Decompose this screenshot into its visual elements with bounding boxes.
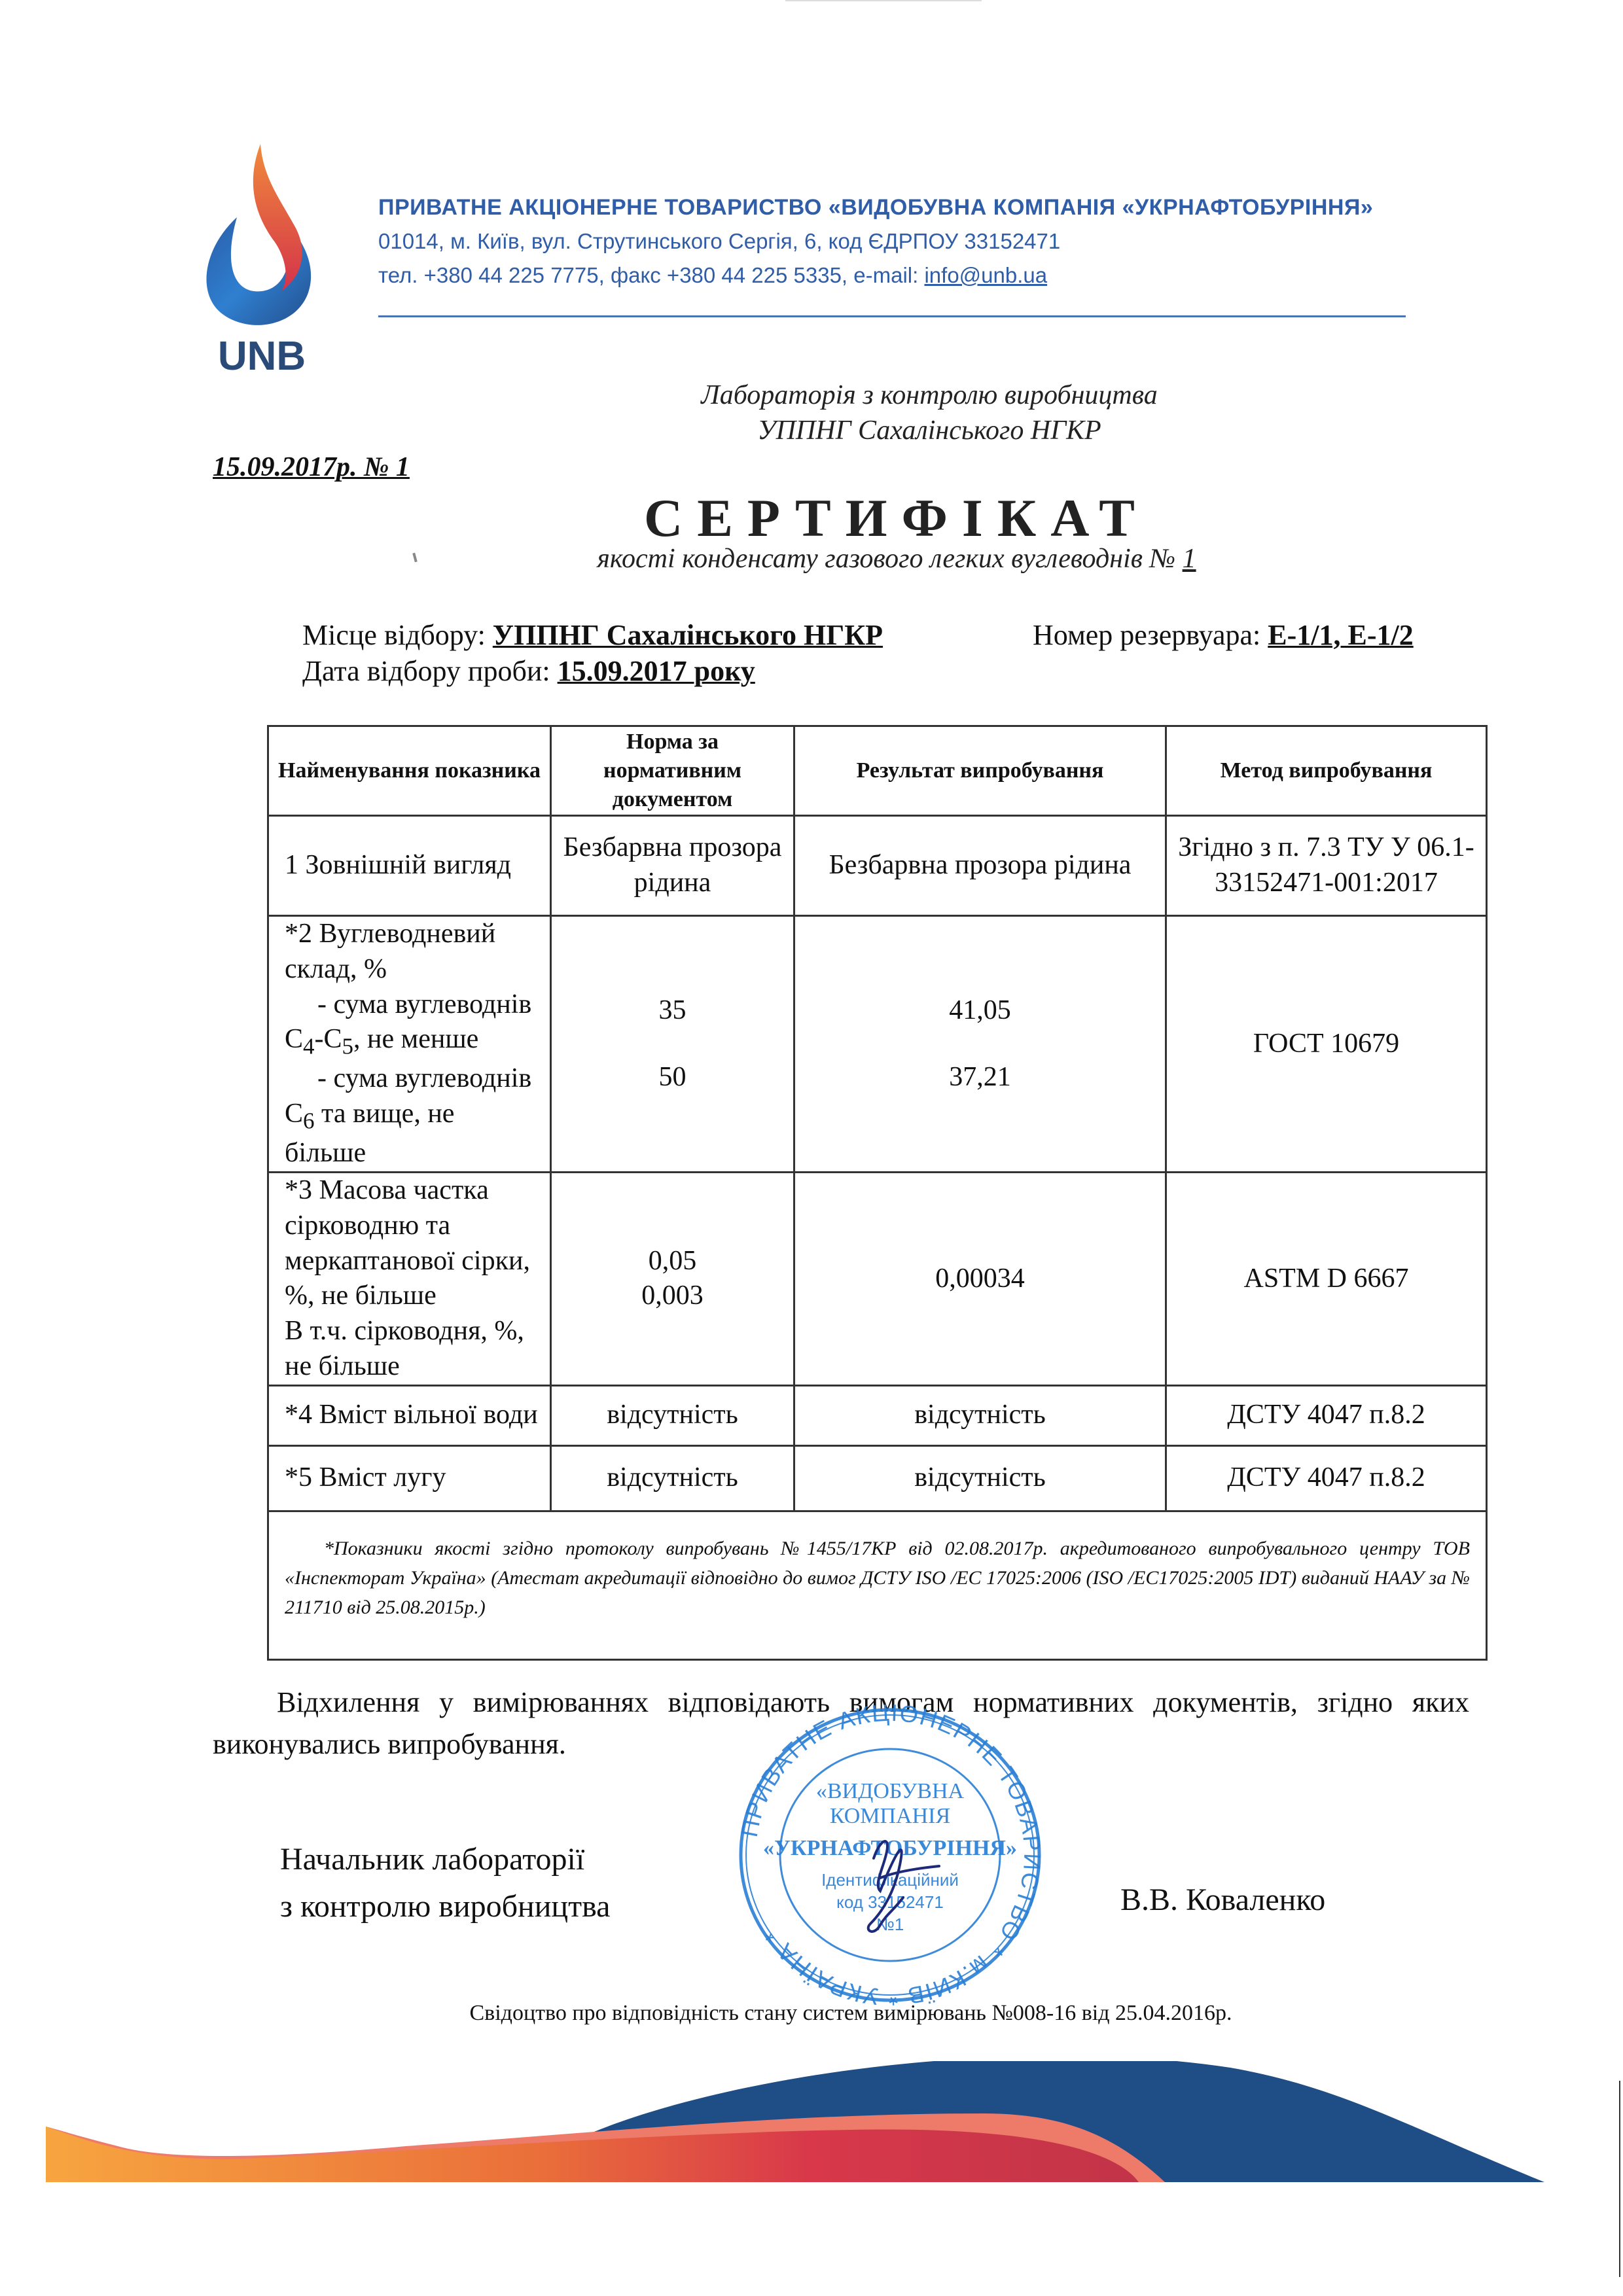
norm-cell: 0,05 0,003 (551, 1173, 794, 1386)
unb-logo-icon: UNB (190, 131, 334, 380)
tank-number-label: Номер резервуара: (1033, 619, 1268, 651)
svg-text:Ідентифікаційний: Ідентифікаційний (821, 1870, 959, 1890)
laboratory-name: Лабораторія з контролю виробництва (0, 380, 1623, 411)
signatory-name: В.В. Коваленко (1120, 1882, 1325, 1918)
sampling-date-label: Дата відбору проби: (302, 655, 558, 687)
contacts-text: тел. +380 44 225 7775, факс +380 44 225 … (378, 263, 924, 287)
certificate-subtitle: якості конденсату газового легких вуглев… (0, 543, 1623, 574)
document-date-number: 15.09.2017р. № 1 (213, 451, 410, 483)
result-value: 37,21 (803, 1060, 1157, 1095)
indicator-subitem: - сума вуглеводнів (285, 1061, 542, 1097)
subtitle-number: 1 (1183, 544, 1196, 574)
indicator-subitem: В т.ч. сірководня, %, не більше (285, 1314, 542, 1385)
subtitle-text: якості конденсату газового легких вуглев… (597, 544, 1182, 574)
norm-value: 35 (560, 993, 785, 1029)
norm-cell: відсутність (551, 1445, 794, 1511)
decorative-wave-banner (0, 2061, 1623, 2192)
result-cell: 0,00034 (794, 1173, 1166, 1386)
indicator-cell: *3 Масова частка сірководню та меркаптан… (268, 1173, 551, 1386)
header-result: Результат випробування (794, 726, 1166, 816)
result-value: 41,05 (803, 993, 1157, 1029)
sampling-place: Місце відбору: УППНГ Сахалінського НГКР (302, 618, 883, 652)
header-norm: Норма за нормативним документом (551, 726, 794, 816)
result-cell: відсутність (794, 1385, 1166, 1445)
table-row: 1 Зовнішній вигляд Безбарвна прозора рід… (268, 816, 1487, 916)
sampling-place-label: Місце відбору: (302, 619, 493, 651)
notes-text: *Показники якості згідно протоколу випро… (285, 1538, 1470, 1618)
norm-value: 50 (560, 1060, 785, 1095)
indicator-name: *3 Масова частка сірководню та меркаптан… (285, 1173, 542, 1314)
indicator-cell: 1 Зовнішній вигляд (268, 816, 551, 916)
result-cell: відсутність (794, 1445, 1166, 1511)
method-cell: ASTM D 6667 (1166, 1173, 1487, 1386)
method-cell: ГОСТ 10679 (1166, 916, 1487, 1173)
tank-number-value: Е-1/1, Е-1/2 (1268, 619, 1413, 651)
company-name: ПРИВАТНЕ АКЦІОНЕРНЕ ТОВАРИСТВО «ВИДОБУВН… (378, 195, 1373, 221)
svg-text:КОМПАНІЯ: КОМПАНІЯ (830, 1804, 950, 1828)
sampling-date-value: 15.09.2017 року (558, 655, 755, 687)
measurement-certificate-note: Свідоцтво про відповідність стану систем… (0, 2001, 1623, 2026)
certificate-title: СЕРТИФІКАТ (0, 487, 1623, 549)
method-cell: Згідно з п. 7.3 ТУ У 06.1-33152471-001:2… (1166, 816, 1487, 916)
signatory-title-line2: з контролю виробництва (280, 1883, 610, 1930)
indicator-subitem-detail: С4-С5, не менше (285, 1024, 478, 1054)
company-stamp-icon: ПРИВАТНЕ АКЦІОНЕРНЕ ТОВАРИСТВО * м.КИЇВ … (723, 1695, 1057, 2009)
quality-results-table: Найменування показника Норма за норматив… (267, 725, 1488, 1661)
svg-text:«УКРНАФТОБУРІННЯ»: «УКРНАФТОБУРІННЯ» (763, 1836, 1017, 1860)
header-divider (378, 315, 1406, 317)
table-header-row: Найменування показника Норма за норматив… (268, 726, 1487, 816)
indicator-cell: *5 Вміст лугу (268, 1445, 551, 1511)
method-cell: ДСТУ 4047 п.8.2 (1166, 1385, 1487, 1445)
norm-value: 0,05 (560, 1244, 785, 1279)
table-row: *3 Масова частка сірководню та меркаптан… (268, 1173, 1487, 1386)
indicator-name: *2 Вуглеводневий склад, % (285, 919, 495, 984)
sampling-place-value: УППНГ Сахалінського НГКР (493, 619, 883, 651)
tank-number: Номер резервуара: Е-1/1, Е-1/2 (1033, 618, 1414, 652)
sampling-date: Дата відбору проби: 15.09.2017 року (302, 654, 755, 688)
method-cell: ДСТУ 4047 п.8.2 (1166, 1445, 1487, 1511)
norm-cell: відсутність (551, 1385, 794, 1445)
table-notes: *Показники якості згідно протоколу випро… (268, 1511, 1487, 1659)
table-row: *5 Вміст лугу відсутність відсутність ДС… (268, 1445, 1487, 1511)
svg-text:UNB: UNB (218, 334, 306, 379)
company-address: 01014, м. Київ, вул. Струтинського Сергі… (378, 229, 1060, 254)
signatory-title-line1: Начальник лабораторії (280, 1836, 610, 1883)
norm-cell: 35 50 (551, 916, 794, 1173)
table-row: *4 Вміст вільної води відсутність відсут… (268, 1385, 1487, 1445)
indicator-cell: *4 Вміст вільної води (268, 1385, 551, 1445)
scan-edge (785, 0, 982, 1)
indicator-subitem: - сума вуглеводнів (285, 987, 542, 1023)
result-cell: Безбарвна прозора рідина (794, 816, 1166, 916)
company-contacts: тел. +380 44 225 7775, факс +380 44 225 … (378, 263, 1047, 288)
scan-edge (1619, 2081, 1620, 2277)
laboratory-site: УППНГ Сахалінського НГКР (0, 415, 1623, 446)
indicator-cell: *2 Вуглеводневий склад, % - сума вуглево… (268, 916, 551, 1173)
table-notes-row: *Показники якості згідно протоколу випро… (268, 1511, 1487, 1659)
result-cell: 41,05 37,21 (794, 916, 1166, 1173)
signatory-title: Начальник лабораторії з контролю виробни… (280, 1836, 610, 1930)
norm-cell: Безбарвна прозора рідина (551, 816, 794, 916)
indicator-subitem-detail: С6 та вище, не більше (285, 1099, 454, 1168)
norm-value: 0,003 (560, 1279, 785, 1314)
header-method: Метод випробування (1166, 726, 1487, 816)
header-indicator: Найменування показника (268, 726, 551, 816)
table-row: *2 Вуглеводневий склад, % - сума вуглево… (268, 916, 1487, 1173)
email-link[interactable]: info@unb.ua (924, 263, 1047, 287)
svg-text:«ВИДОБУВНА: «ВИДОБУВНА (816, 1779, 965, 1803)
